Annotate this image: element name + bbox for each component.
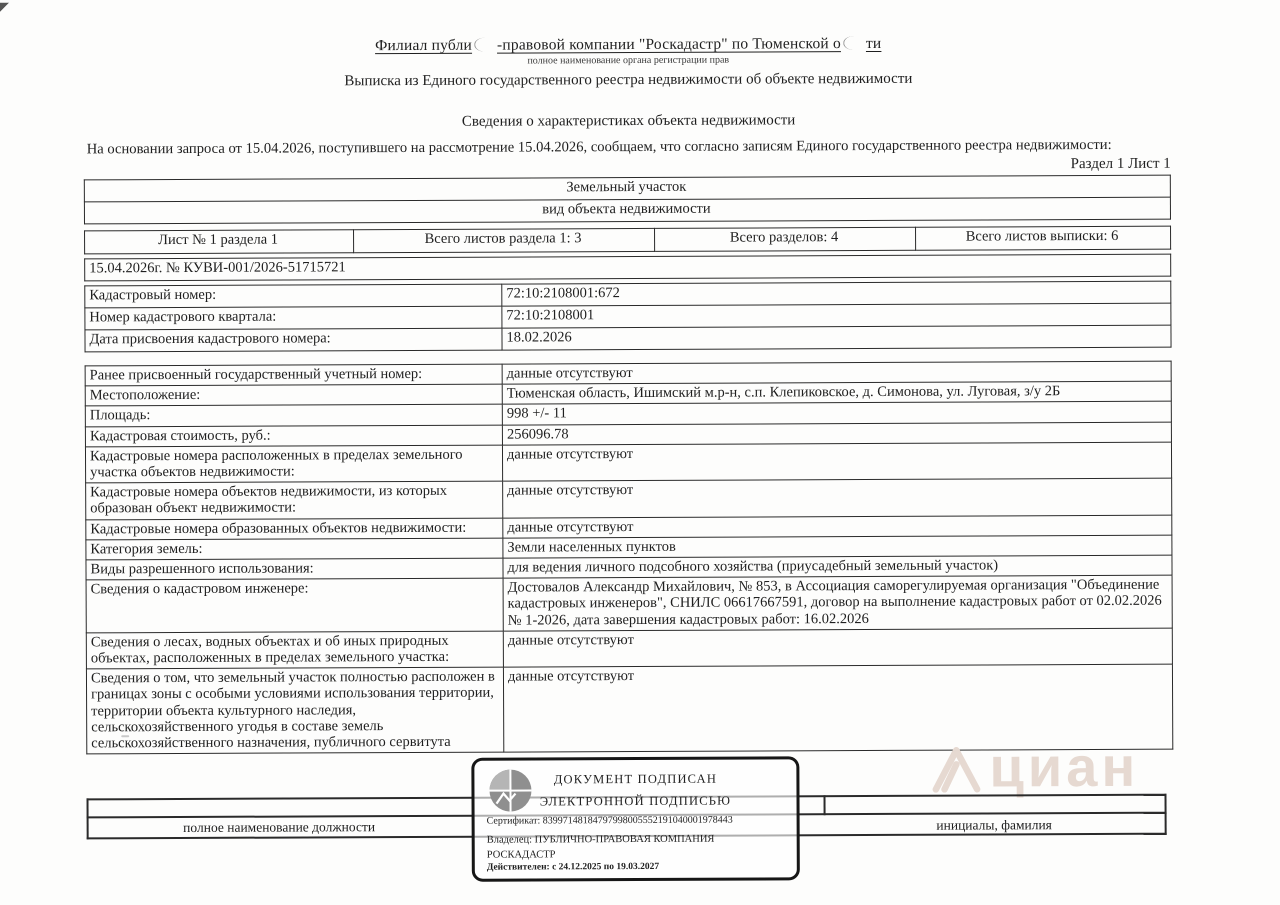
row-label: Площадь: [85, 405, 502, 427]
sheet-cell: Всего разделов: 4 [655, 227, 916, 251]
cadastral-number-table: Кадастровый номер: 72:10:2108001:672 Ном… [84, 281, 1171, 353]
signature-box-edge [1164, 794, 1166, 835]
cian-watermark-icon [929, 742, 983, 792]
row-label: Кадастровые номера объектов недвижимости… [86, 481, 503, 519]
electronic-signature-stamp: ДОКУМЕНТ ПОДПИСАН ЭЛЕКТРОННОЙ ПОДПИСЬЮ С… [471, 756, 800, 881]
stamp-owner: Владелец: ПУБЛИЧНО-ПРАВОВАЯ КОМПАНИЯ РОС… [487, 831, 767, 862]
object-type-table: Земельный участок вид объекта недвижимос… [84, 175, 1171, 225]
table-row: Кадастровые номера объектов недвижимости… [86, 478, 1172, 519]
section-title: Сведения о характеристиках объекта недви… [84, 111, 1174, 133]
cian-watermark: циан [929, 734, 1139, 800]
row-label: Сведения о том, что земельный участок по… [86, 667, 503, 754]
row-label: Кадастровый номер: [85, 284, 502, 308]
ink-blob-icon [843, 36, 864, 50]
row-label: Ранее присвоенный государственный учетны… [85, 364, 502, 386]
object-details-table: Ранее присвоенный государственный учетны… [85, 361, 1174, 755]
row-label: Кадастровые номера образованных объектов… [86, 518, 503, 540]
org-name-segment: -правовой компании "Роскадастр" по Тюмен… [497, 35, 841, 54]
row-label: Местоположение: [85, 384, 502, 406]
row-value: 18.02.2026 [502, 325, 1171, 350]
row-label: Сведения о лесах, водных объектах и об и… [86, 631, 503, 669]
scan-content: Филиал публи-правовой компании "Роскадас… [0, 0, 1280, 905]
sheet-cell: Всего листов раздела 1: 3 [354, 228, 655, 252]
scan-smudge-artifact [121, 735, 129, 737]
stamp-title-line2: ЭЛЕКТРОННОЙ ПОДПИСЬЮ [474, 793, 796, 809]
row-value: 72:10:2108001:672 [502, 281, 1171, 306]
request-number: 15.04.2026г. № КУВИ-001/2026-51715721 [85, 254, 1171, 281]
org-name-segment: ти [866, 35, 882, 52]
row-label: Категория земель: [86, 538, 503, 560]
row-label: Номер кадастрового квартала: [85, 306, 502, 330]
sheet-cell: Всего листов выписки: 6 [916, 226, 1171, 250]
org-name-segment: Филиал публи [375, 37, 472, 54]
row-value: данные отсутствуют [503, 628, 1172, 667]
row-label: Дата присвоения кадастрового номера: [85, 328, 502, 352]
stamp-title-line1: ДОКУМЕНТ ПОДПИСАН [474, 771, 796, 787]
stamp-certificate: Сертификат: 8399714818479799800555219104… [487, 814, 787, 826]
sheets-summary-table: Лист № 1 раздела 1 Всего листов раздела … [84, 226, 1171, 255]
request-number-table: 15.04.2026г. № КУВИ-001/2026-51715721 [84, 254, 1171, 282]
row-label: Сведения о кадастровом инженере: [86, 578, 503, 632]
document-header: Филиал публи-правовой компании "Роскадас… [83, 34, 1173, 92]
document-title: Выписка из Единого государственного реес… [83, 70, 1173, 92]
position-caption: полное наименование должности [87, 819, 472, 837]
initials-caption: инициалы, фамилия [824, 817, 1165, 834]
request-basis-line: На основании запроса от 15.04.2026, пост… [87, 137, 1187, 159]
table-row: Кадастровые номера расположенных в преде… [85, 442, 1171, 483]
stamp-validity: Действителен: с 24.12.2025 по 19.03.2027 [487, 861, 787, 872]
row-label: Виды разрешенного использования: [86, 558, 503, 580]
row-value: данные отсутствуют [502, 442, 1171, 481]
razdel-list-marker: Раздел 1 Лист 1 [84, 156, 1171, 178]
row-label: Кадастровая стоимость, руб.: [85, 425, 502, 447]
row-value: Достовалов Александр Михайлович, № 853, … [503, 575, 1172, 631]
table-row: Сведения о лесах, водных объектах и об и… [86, 628, 1172, 669]
row-value: 72:10:2108001 [502, 303, 1171, 328]
table-row: Сведения о кадастровом инженере: Достова… [86, 575, 1172, 632]
object-type-caption: вид объекта недвижимости [84, 197, 1170, 224]
row-label: Кадастровые номера расположенных в преде… [85, 445, 502, 483]
scan-corner-artifact [0, 3, 12, 17]
sheet-cell: Лист № 1 раздела 1 [85, 230, 354, 254]
ink-blob-icon [474, 38, 495, 52]
tables-area: Земельный участок вид объекта недвижимос… [84, 175, 1173, 755]
row-value: данные отсутствуют [503, 478, 1172, 517]
scanned-egrn-extract-page: Филиал публи-правовой компании "Роскадас… [0, 0, 1280, 905]
signature-box-edge [823, 795, 825, 815]
cian-watermark-text: циан [989, 734, 1139, 800]
